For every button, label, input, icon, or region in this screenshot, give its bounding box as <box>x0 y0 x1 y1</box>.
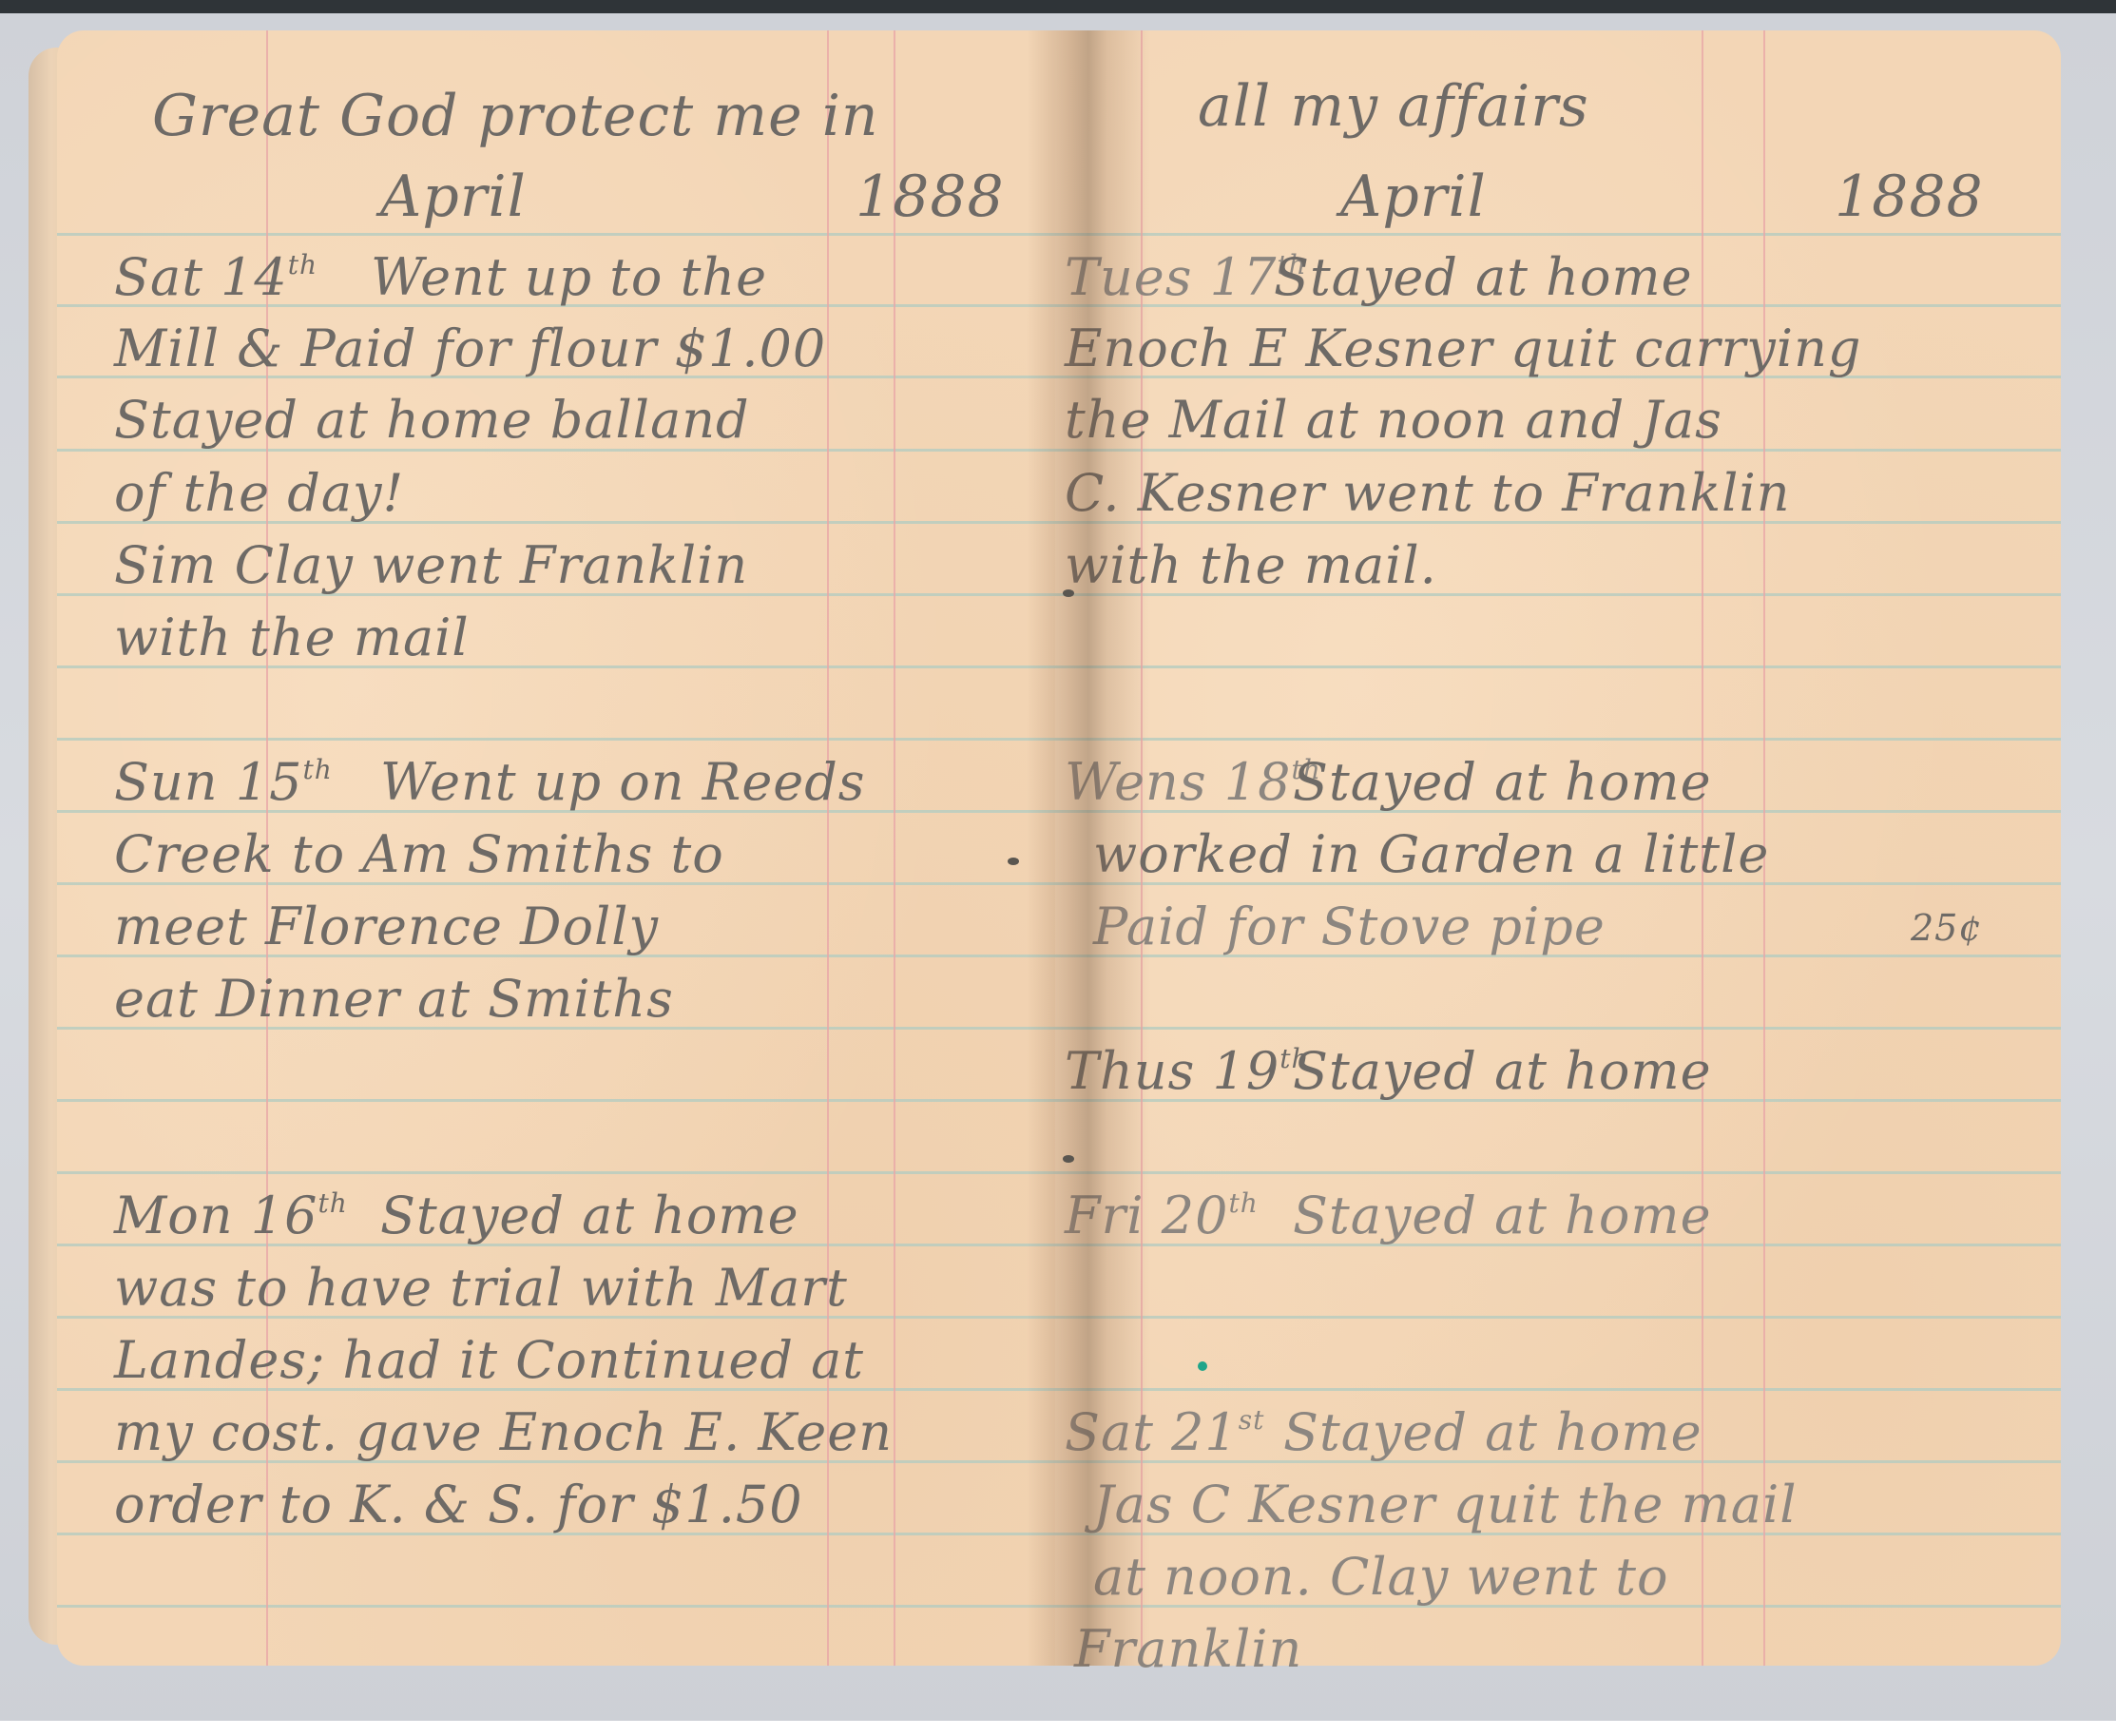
entry-line: Stayed at home <box>1274 247 1693 307</box>
entry-line: the Mail at noon and Jas <box>1065 390 1722 450</box>
entry-line: Stayed at home <box>1293 1186 1712 1245</box>
ruled-line <box>1055 1316 2061 1319</box>
ruled-line <box>57 738 1055 741</box>
ruled-line <box>57 1171 1055 1174</box>
entry-line: eat Dinner at Smiths <box>114 969 674 1029</box>
entry-date: Wens 18th <box>1065 752 1321 812</box>
binding-hole <box>1008 858 1019 865</box>
entry-date: Sat 21st <box>1065 1402 1264 1462</box>
entry-line: Landes; had it Continued at <box>114 1330 864 1390</box>
entry-line: with the mail <box>114 608 470 667</box>
left-year: 1888 <box>856 164 1005 230</box>
entry-line: at noon. Clay went to <box>1093 1547 1668 1607</box>
entry-line: Stayed at home <box>1293 752 1712 812</box>
binding-stitch <box>1063 589 1074 597</box>
entry-date: Fri 20th <box>1065 1186 1259 1245</box>
entry-line: with the mail. <box>1065 535 1437 595</box>
entry-date: Tues 17th <box>1065 247 1307 307</box>
entry-line: Mill & Paid for flour $1.00 <box>114 318 826 378</box>
entry-line: of the day! <box>114 463 404 523</box>
ruled-line <box>57 233 1055 236</box>
entry-line: Stayed at home <box>1293 1041 1712 1101</box>
left-month: April <box>380 164 527 230</box>
entry-line: order to K. & S. for $1.50 <box>114 1475 803 1534</box>
entry-date: Sun 15th <box>114 752 333 812</box>
right-page: all my affairs April 1888 Tues 17th Stay… <box>1055 30 2061 1666</box>
right-year: 1888 <box>1835 164 1984 230</box>
scan-bottom-margin <box>0 1721 2116 1736</box>
entry-line: C. Kesner went to Franklin <box>1065 463 1791 523</box>
entry-date: Mon 16th <box>114 1186 348 1245</box>
entry-line: Went up on Reeds <box>380 752 866 812</box>
entry-line: Stayed at home balland <box>114 390 750 450</box>
entry-line: Stayed at home <box>380 1186 799 1245</box>
ruled-line <box>57 1605 1055 1608</box>
ruled-line <box>1055 1171 2061 1174</box>
scanner-top-edge <box>0 0 2116 13</box>
ruled-line <box>1055 233 2061 236</box>
entry-date: Thus 19th <box>1065 1041 1309 1101</box>
right-month: April <box>1340 164 1487 230</box>
ruled-line <box>1055 665 2061 668</box>
ruled-line <box>1055 738 2061 741</box>
entry-line: was to have trial with Mart <box>114 1258 848 1318</box>
entry-line: Jas C Kesner quit the mail <box>1093 1475 1798 1534</box>
entry-line: Stayed at home <box>1283 1402 1702 1462</box>
entry-line: worked in Garden a little <box>1093 824 1769 884</box>
entry-line: Franklin <box>1074 1619 1302 1679</box>
entry-amount: 25¢ <box>1911 907 1983 949</box>
entry-line: Sim Clay went Franklin <box>114 535 748 595</box>
ruled-line <box>57 1099 1055 1102</box>
ink-spot <box>1198 1361 1207 1371</box>
entry-line: Creek to Am Smiths to <box>114 824 724 884</box>
binding-stitch <box>1063 1155 1074 1163</box>
left-page: Great God protect me in April 1888 Sat 1… <box>57 30 1055 1666</box>
ruled-line <box>1055 1388 2061 1391</box>
entry-line: my cost. gave Enoch E. Keen <box>114 1402 893 1462</box>
entry-line: meet Florence Dolly <box>114 897 659 956</box>
left-header-line: Great God protect me in <box>152 83 879 149</box>
entry-line: Paid for Stove pipe <box>1093 897 1606 956</box>
ruled-line <box>1055 1027 2061 1030</box>
entry-line: Went up to the <box>371 247 767 307</box>
margin-line <box>894 30 895 1666</box>
entry-date: Sat 14th <box>114 247 317 307</box>
entry-line: Enoch E Kesner quit carrying <box>1065 318 1861 378</box>
right-header-line: all my affairs <box>1198 73 1589 140</box>
